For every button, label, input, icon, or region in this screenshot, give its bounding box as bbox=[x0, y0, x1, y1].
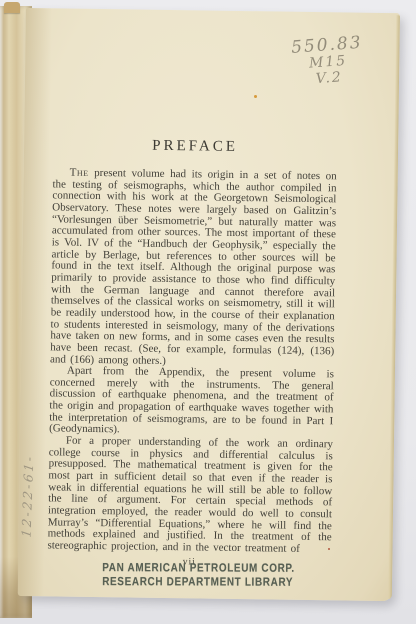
paragraph-text: present volume had its origin in a set o… bbox=[50, 167, 337, 367]
paper-speck bbox=[328, 548, 330, 550]
book-page: 550.83 M15 V.2 PREFACE The present volum… bbox=[18, 8, 400, 601]
library-stamp: PAN AMERICAN PETROLEUM CORP. RESEARCH DE… bbox=[102, 561, 262, 589]
paper-speck bbox=[254, 95, 257, 98]
paragraph-text: Apart from the Appendix, the present vol… bbox=[49, 365, 334, 436]
preface-paragraph-2: Apart from the Appendix, the present vol… bbox=[49, 366, 334, 440]
page-title: PREFACE bbox=[53, 136, 337, 157]
lead-word: The bbox=[70, 167, 89, 179]
book-photo: 550.83 M15 V.2 PREFACE The present volum… bbox=[0, 0, 416, 624]
call-number-annotation: 550.83 M15 V.2 bbox=[290, 34, 365, 89]
paragraph-text: For a proper understanding of the work a… bbox=[47, 435, 333, 555]
preface-paragraph-3: For a proper understanding of the work a… bbox=[47, 435, 333, 556]
preface-body: The present volume had its origin in a s… bbox=[47, 167, 336, 556]
preface-paragraph-1: The present volume had its origin in a s… bbox=[50, 167, 337, 369]
book-cover-corner bbox=[4, 2, 20, 13]
printed-content: PREFACE The present volume had its origi… bbox=[47, 136, 337, 569]
library-stamp-line-2: RESEARCH DEPARTMENT LIBRARY bbox=[102, 575, 262, 589]
